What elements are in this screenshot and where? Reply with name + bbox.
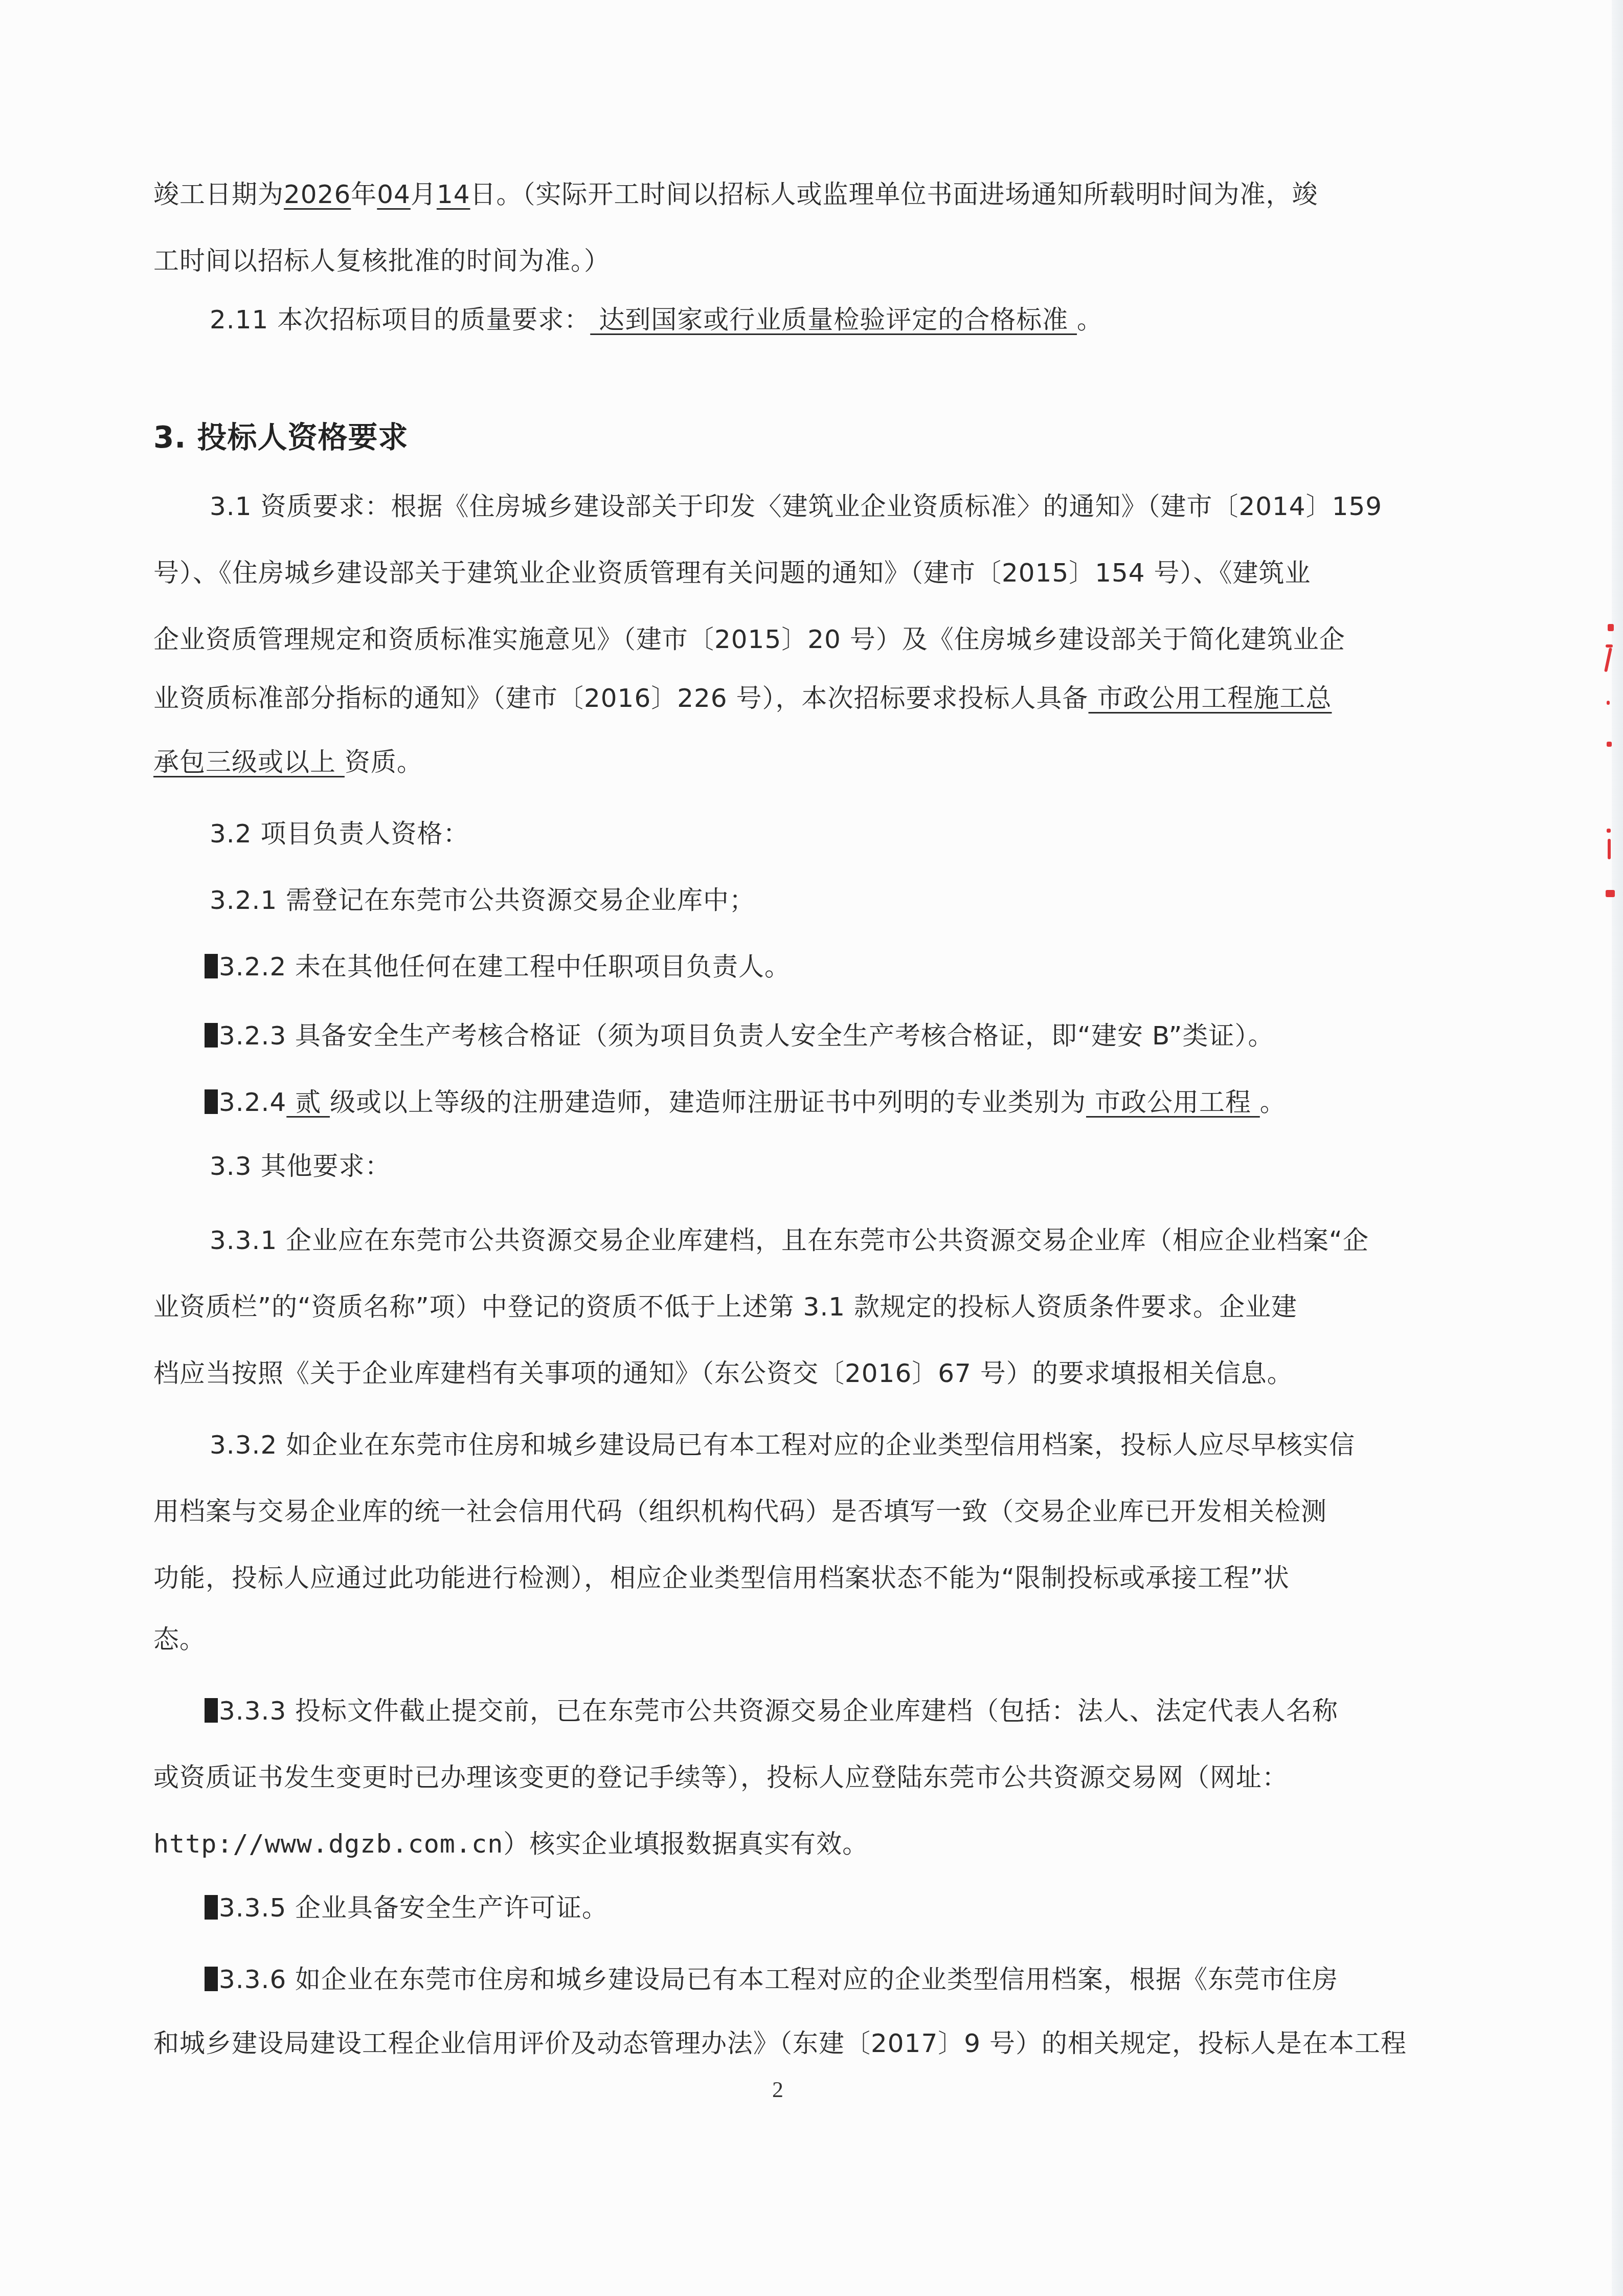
text-fragment: 。 <box>1077 305 1103 335</box>
checkbox-filled-icon <box>205 1089 218 1114</box>
paragraph-line: 档应当按照《关于企业库建档有关事项的通知》（东公资交〔2016〕67 号）的要求… <box>153 1355 1462 1391</box>
paragraph-line: 企业资质管理规定和资质标准实施意见》（建市〔2015〕20 号）及《住房城乡建设… <box>153 621 1462 657</box>
paragraph-line: 3.3.2 如企业在东莞市住房和城乡建设局已有本工程对应的企业类型信用档案，投标… <box>210 1427 1462 1463</box>
paragraph-line: 或资质证书发生变更时已办理该变更的登记手续等），投标人应登陆东莞市公共资源交易网… <box>153 1759 1462 1795</box>
list-item-text: 。 <box>1260 1087 1286 1117</box>
checkbox-filled-icon <box>205 954 218 978</box>
list-item-text: 3.3.3 投标文件截止提交前，已在东莞市公共资源交易企业库建档（包括：法人、法… <box>219 1696 1338 1726</box>
section-heading: 3. 投标人资格要求 <box>153 419 1462 455</box>
paragraph-line: 和城乡建设局建设工程企业信用评价及动态管理办法》（东建〔2017〕9 号）的相关… <box>153 2025 1462 2061</box>
list-item: 3.3.5 企业具备安全生产许可证。 <box>205 1890 1462 1926</box>
list-item-text: 3.2.2 未在其他任何在建工程中任职项目负责人。 <box>219 952 791 982</box>
quality-standard-value: 达到国家或行业质量检验评定的合格标准 <box>590 305 1077 335</box>
constructor-major-value: 市政公用工程 <box>1086 1087 1260 1117</box>
checkbox-filled-icon <box>205 1023 218 1047</box>
checkbox-filled-icon <box>205 1967 218 1991</box>
text-fragment: 年 <box>351 180 377 209</box>
paragraph-line: 工时间以招标人复核批准的时间为准。） <box>153 243 1462 279</box>
list-item-text: 级或以上等级的注册建造师，建造师注册证书中列明的专业类别为 <box>330 1087 1086 1117</box>
text-fragment: 月 <box>411 180 437 209</box>
qualification-value: 市政公用工程施工总 <box>1089 683 1332 713</box>
paragraph-line: 功能，投标人应通过此功能进行检测），相应企业类型信用档案状态不能为“限制投标或承… <box>153 1560 1462 1596</box>
text-fragment: 资质。 <box>345 747 423 777</box>
paragraph-line: 承包三级或以上 资质。 <box>153 744 1462 780</box>
page-number: 2 <box>772 2077 783 2103</box>
red-seal-stamp-fragment <box>1606 624 1618 921</box>
paragraph-line: 态。 <box>153 1621 1462 1657</box>
paragraph-line: http://www.dgzb.com.cn）核实企业填报数据真实有效。 <box>153 1826 1462 1862</box>
list-item: 3.2.2 未在其他任何在建工程中任职项目负责人。 <box>205 949 1462 985</box>
list-item: 3.2.4 贰 级或以上等级的注册建造师，建造师注册证书中列明的专业类别为 市政… <box>205 1084 1462 1120</box>
list-item: 3.2.3 具备安全生产考核合格证（须为项目负责人安全生产考核合格证，即“建安 … <box>205 1018 1462 1054</box>
text-fragment: 竣工日期为 <box>153 180 284 209</box>
paragraph-line: 业资质栏”的“资质名称”项）中登记的资质不低于上述第 3.1 款规定的投标人资质… <box>153 1289 1462 1325</box>
completion-day: 14 <box>437 180 470 209</box>
text-fragment: 业资质标准部分指标的通知》（建市〔2016〕226 号），本次招标要求投标人具备 <box>153 683 1089 713</box>
website-url: http://www.dgzb.com.cn <box>153 1829 503 1859</box>
constructor-grade-value: 贰 <box>286 1087 330 1117</box>
page-edge-shadow <box>1612 0 1623 2296</box>
paragraph-line: 3.3.1 企业应在东莞市公共资源交易企业库建档，且在东莞市公共资源交易企业库（… <box>210 1222 1462 1258</box>
paragraph-line: 业资质标准部分指标的通知》（建市〔2016〕226 号），本次招标要求投标人具备… <box>153 680 1462 716</box>
paragraph-line: 用档案与交易企业库的统一社会信用代码（组织机构代码）是否填写一致（交易企业库已开… <box>153 1493 1462 1529</box>
checkbox-filled-icon <box>205 1698 218 1723</box>
qualification-value: 承包三级或以上 <box>153 747 345 777</box>
completion-month: 04 <box>377 180 411 209</box>
completion-year: 2026 <box>284 180 351 209</box>
text-fragment: ）核实企业填报数据真实有效。 <box>503 1829 868 1859</box>
completion-date-line: 竣工日期为2026年04月14日。（实际开工时间以招标人或监理单位书面进场通知所… <box>153 176 1462 212</box>
list-item: 3.3.3 投标文件截止提交前，已在东莞市公共资源交易企业库建档（包括：法人、法… <box>205 1693 1462 1729</box>
list-item-text: 3.3.5 企业具备安全生产许可证。 <box>219 1893 608 1923</box>
quality-requirement-line: 2.11 本次招标项目的质量要求： 达到国家或行业质量检验评定的合格标准 。 <box>210 302 1462 338</box>
text-fragment: 2.11 本次招标项目的质量要求： <box>210 305 590 335</box>
scanned-document-page: 竣工日期为2026年04月14日。（实际开工时间以招标人或监理单位书面进场通知所… <box>0 0 1623 2296</box>
subsection-title: 3.2 项目负责人资格： <box>210 816 1462 852</box>
text-fragment: 日。（实际开工时间以招标人或监理单位书面进场通知所载明时间为准，竣 <box>470 180 1318 209</box>
list-item-text: 3.2.3 具备安全生产考核合格证（须为项目负责人安全生产考核合格证，即“建安 … <box>219 1021 1274 1051</box>
list-item: 3.3.6 如企业在东莞市住房和城乡建设局已有本工程对应的企业类型信用档案，根据… <box>205 1961 1462 1997</box>
paragraph-line: 3.1 资质要求：根据《住房城乡建设部关于印发〈建筑业企业资质标准〉的通知》（建… <box>210 488 1462 524</box>
subsection-title: 3.3 其他要求： <box>210 1148 1462 1184</box>
list-item: 3.2.1 需登记在东莞市公共资源交易企业库中； <box>210 882 1462 918</box>
list-item-text: 3.2.4 <box>219 1087 286 1117</box>
list-item-text: 3.3.6 如企业在东莞市住房和城乡建设局已有本工程对应的企业类型信用档案，根据… <box>219 1965 1338 1994</box>
checkbox-filled-icon <box>205 1895 218 1920</box>
paragraph-line: 号）、《住房城乡建设部关于建筑业企业资质管理有关问题的通知》（建市〔2015〕1… <box>153 555 1462 591</box>
